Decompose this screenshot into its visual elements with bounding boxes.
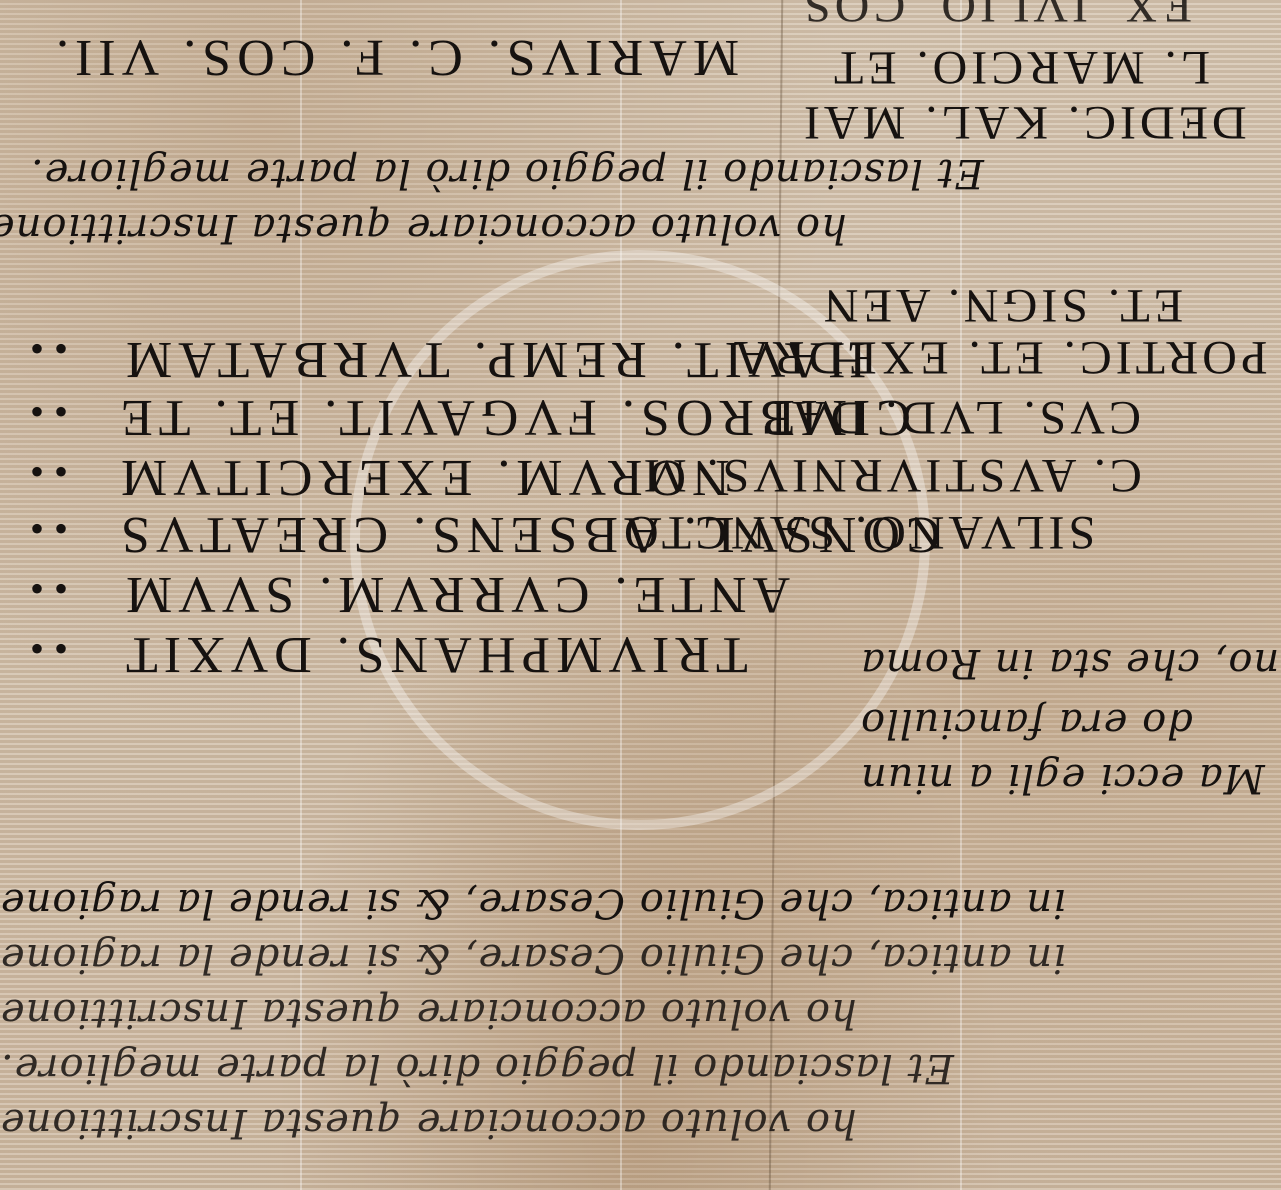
margin-dots: • •: [30, 505, 68, 552]
margin-dots: • •: [30, 388, 68, 435]
inscription-line: CONSVL. ABSENS. CREATVS: [115, 505, 941, 564]
text-line: in antica, che Giulio Cesare, & si rende…: [0, 935, 1066, 981]
margin-dots: • •: [30, 325, 68, 372]
inscription-line: NORVM. EXERCITVM: [115, 448, 730, 507]
inscription-line: L. MARCIO. ET: [830, 40, 1210, 95]
paper-page: EX. IVLIO. COS L. MARCIO. ET DEDIC. KAL.…: [0, 0, 1281, 1190]
margin-dots: • •: [30, 625, 68, 672]
inscription-line: EX. IVLIO. COS: [800, 0, 1192, 33]
margin-dots: • •: [30, 448, 68, 495]
text-line: ho voluto acconciare questa Inscrittione: [0, 1100, 857, 1146]
text-line: ho voluto acconciare questa Inscrittione: [0, 990, 857, 1036]
margin-dots: • •: [30, 565, 68, 612]
text-line: Et lasciando il peggio dirò la parte meg…: [0, 1045, 954, 1091]
inscription-line: CIMBROS. FVGAVIT. ET. TE: [115, 388, 911, 447]
text-line: ho voluto acconciare questa Inscrittione: [0, 205, 847, 251]
inscription-line: DEDIC. KAL. MAI: [800, 95, 1247, 150]
inscription-line: HAVIT. REMP. TVRBATAM: [120, 330, 866, 389]
text-line: ero. Ma ecci egli a niun: [860, 755, 1281, 801]
text-line: do era fanciullo: [860, 700, 1193, 746]
inscription-line: ANTE. CVRRVM. SVVM: [120, 565, 790, 624]
inscription-line: MARIVS. C. F. COS. VII.: [50, 28, 739, 87]
text-line: Et lasciando il peggio dirò la parte meg…: [30, 150, 984, 196]
inscription-line: ET. SIGN. AEN: [820, 278, 1183, 333]
inscription-line: TRIVMPHANS. DVXIT: [120, 625, 748, 684]
text-line: in antica, che Giulio Cesare, & si rende…: [0, 880, 1066, 926]
text-line: che dicono, che sta in Roma: [860, 640, 1281, 686]
